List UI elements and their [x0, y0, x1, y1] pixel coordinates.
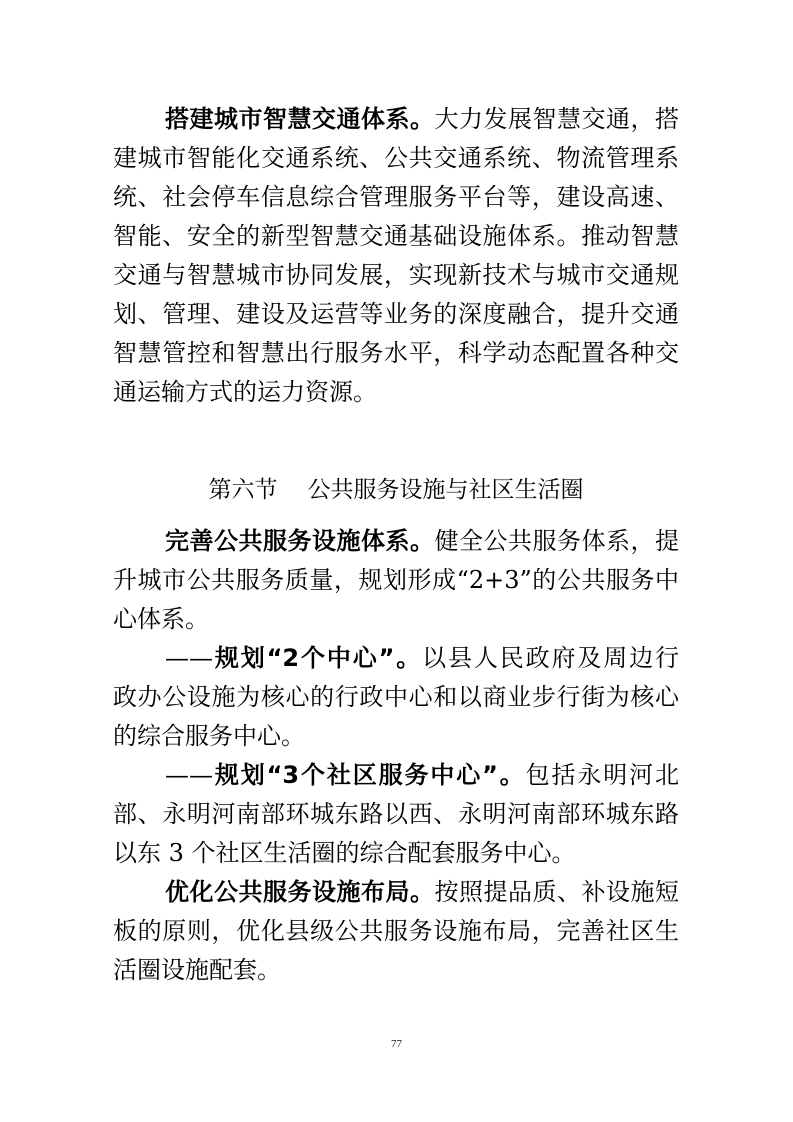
page-number: 77	[0, 1038, 793, 1050]
bold-lead: 规划“3个社区服务中心”。	[213, 761, 526, 789]
paragraph-line: 活圈设施配套。	[113, 951, 679, 990]
document-page: 搭建城市智慧交通体系。大力发展智慧交通，搭 建城市智能化交通系统、公共交通系统、…	[113, 100, 679, 990]
paragraph-line: 智能、安全的新型智慧交通基础设施体系。推动智慧	[113, 217, 679, 256]
section-number: 第六节	[209, 477, 278, 503]
paragraph-public-service-system: 完善公共服务设施体系。健全公共服务体系，提 升城市公共服务质量，规划形成“2+3…	[113, 522, 679, 639]
bold-lead: 搭建城市智慧交通体系。	[165, 105, 435, 133]
paragraph-line: 划、管理、建设及运营等业务的深度融合，提升交通	[113, 295, 679, 334]
paragraph-line: 优化公共服务设施布局。按照提品质、补设施短	[113, 873, 679, 912]
paragraph-line: 升城市公共服务质量，规划形成“2+3”的公共服务中	[113, 561, 679, 600]
paragraph-line: 完善公共服务设施体系。健全公共服务体系，提	[113, 522, 679, 561]
bold-lead: 优化公共服务设施布局。	[165, 878, 435, 906]
paragraph-optimize-layout: 优化公共服务设施布局。按照提品质、补设施短 板的原则，优化县级公共服务设施布局，…	[113, 873, 679, 990]
paragraph-smart-transport: 搭建城市智慧交通体系。大力发展智慧交通，搭 建城市智能化交通系统、公共交通系统、…	[113, 100, 679, 412]
bold-lead: 完善公共服务设施体系。	[165, 527, 435, 555]
paragraph-line: 交通与智慧城市协同发展，实现新技术与城市交通规	[113, 256, 679, 295]
paragraph-line: 政办公设施为核心的行政中心和以商业步行街为核心	[113, 678, 679, 717]
paragraph-two-centers: ——规划“2个中心”。以县人民政府及周边行 政办公设施为核心的行政中心和以商业步…	[113, 639, 679, 756]
paragraph-line: ——规划“3个社区服务中心”。包括永明河北	[113, 756, 679, 795]
paragraph-line: ——规划“2个中心”。以县人民政府及周边行	[113, 639, 679, 678]
paragraph-line: 以东 3 个社区生活圈的综合配套服务中心。	[113, 834, 679, 873]
paragraph-line: 统、社会停车信息综合管理服务平台等，建设高速、	[113, 178, 679, 217]
section-title: 公共服务设施与社区生活圈	[308, 477, 584, 503]
em-dash: ——	[165, 761, 213, 789]
paragraph-three-centers: ——规划“3个社区服务中心”。包括永明河北 部、永明河南部环城东路以西、永明河南…	[113, 756, 679, 873]
paragraph-line: 的综合服务中心。	[113, 717, 679, 756]
paragraph-line: 建城市智能化交通系统、公共交通系统、物流管理系	[113, 139, 679, 178]
paragraph-line: 心体系。	[113, 600, 679, 639]
paragraph-line: 通运输方式的运力资源。	[113, 373, 679, 412]
paragraph-line: 部、永明河南部环城东路以西、永明河南部环城东路	[113, 795, 679, 834]
paragraph-line: 板的原则，优化县级公共服务设施布局，完善社区生	[113, 912, 679, 951]
section-heading: 第六节公共服务设施与社区生活圈	[113, 471, 679, 510]
paragraph-line: 智慧管控和智慧出行服务水平，科学动态配置各种交	[113, 334, 679, 373]
em-dash: ——	[165, 644, 213, 672]
paragraph-line: 搭建城市智慧交通体系。大力发展智慧交通，搭	[113, 100, 679, 139]
bold-lead: 规划“2个中心”。	[213, 644, 422, 672]
